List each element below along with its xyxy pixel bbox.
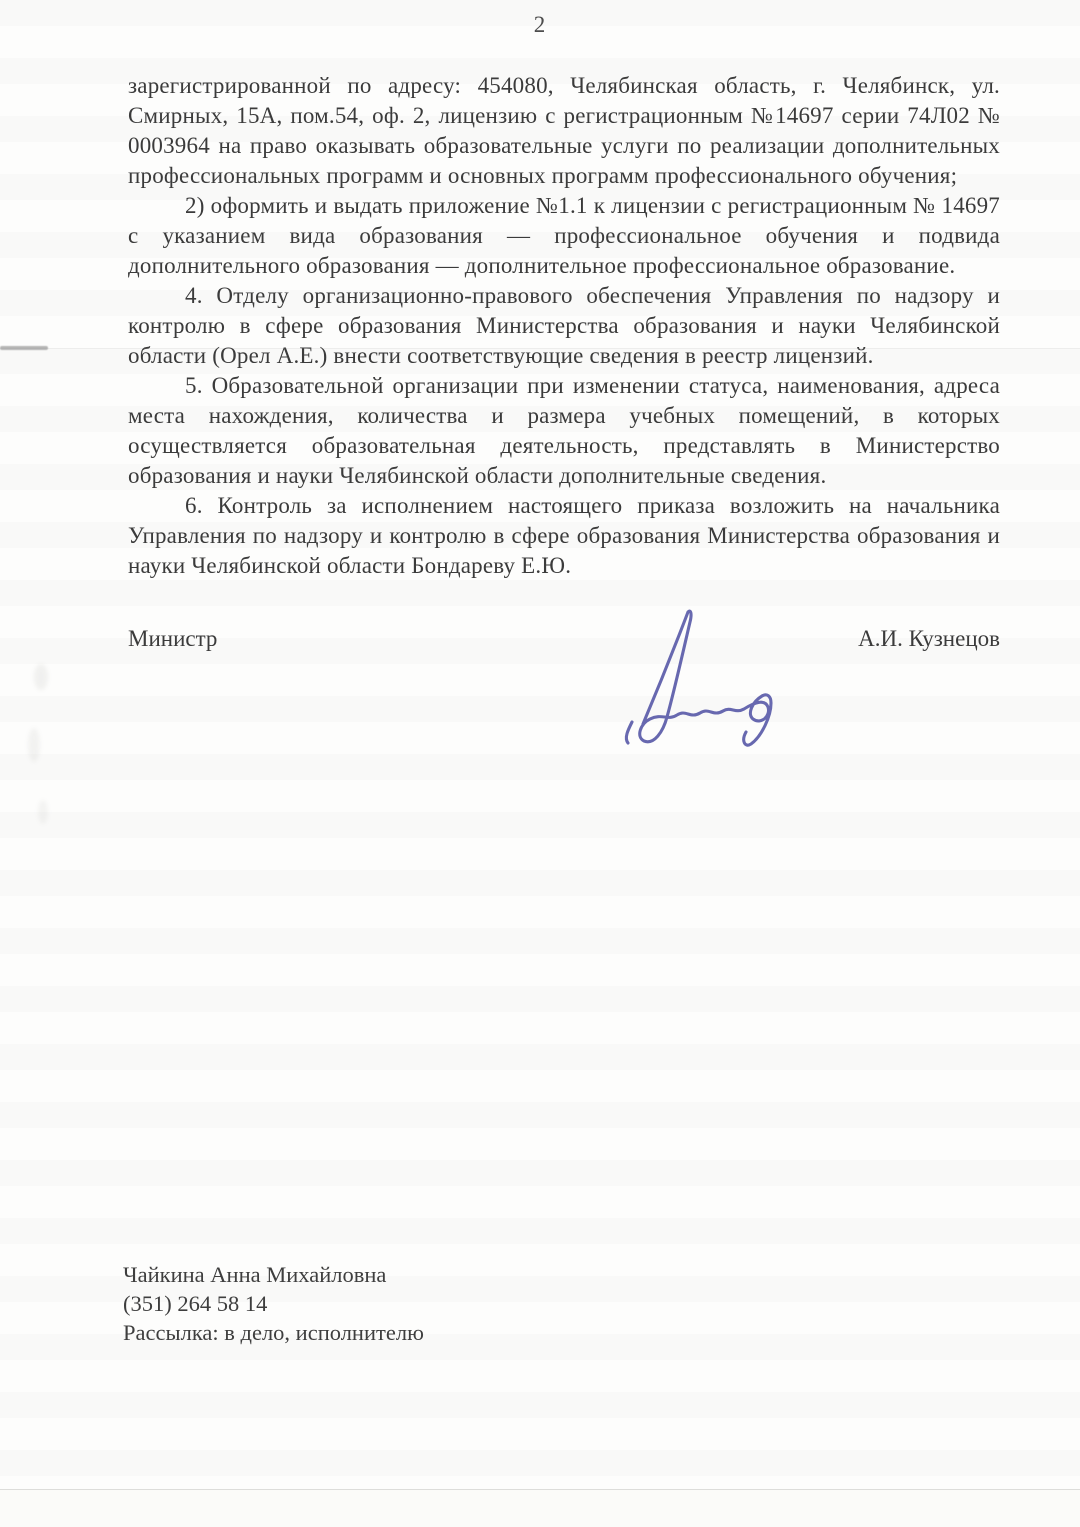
- executor-name: Чайкина Анна Михайловна: [123, 1260, 424, 1289]
- distribution-note: Рассылка: в дело, исполнителю: [123, 1318, 424, 1347]
- paragraph-item-6: 6. Контроль за исполнением настоящего пр…: [128, 491, 1000, 581]
- page-number: 2: [0, 0, 1080, 38]
- scan-bottom-edge: [0, 1490, 1080, 1527]
- paragraph-item-4: 4. Отделу организационно-правового обесп…: [128, 281, 1000, 371]
- scan-smudge: [38, 800, 48, 824]
- signature-ink-icon: [588, 602, 773, 752]
- scan-smudge: [28, 728, 40, 762]
- handwritten-signature: [588, 602, 773, 752]
- scan-smudge: [34, 664, 48, 690]
- signatory-title: Министр: [128, 624, 217, 654]
- document-footer: Чайкина Анна Михайловна (351) 264 58 14 …: [123, 1260, 424, 1347]
- scan-fold-line: [0, 348, 1080, 349]
- executor-phone: (351) 264 58 14: [123, 1289, 424, 1318]
- document-body: зарегистрированной по адресу: 454080, Че…: [0, 71, 1080, 581]
- signature-block: Министр А.И. Кузнецов: [0, 624, 1080, 654]
- paragraph-item-5: 5. Образовательной организации при измен…: [128, 371, 1000, 491]
- scan-bottom-line: [0, 1489, 1080, 1490]
- signatory-name: А.И. Кузнецов: [858, 624, 1000, 654]
- paragraph-registered-address: зарегистрированной по адресу: 454080, Че…: [128, 71, 1000, 191]
- document-page: 2 зарегистрированной по адресу: 454080, …: [0, 0, 1080, 1527]
- paragraph-item-2: 2) оформить и выдать приложение №1.1 к л…: [128, 191, 1000, 281]
